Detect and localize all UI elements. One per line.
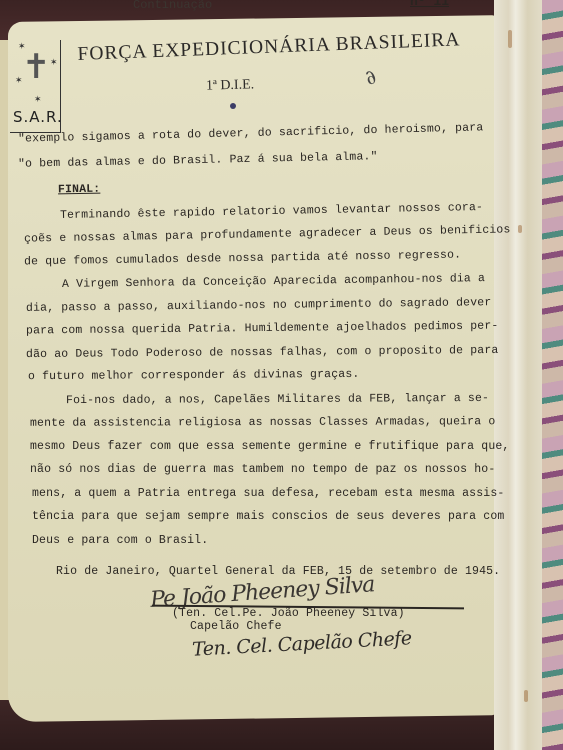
sar-logo: ✝ ✶ ✶ ✶ ✶ S.A.R. — [10, 40, 61, 133]
division-subtitle: 1ª D.I.E. — [206, 77, 255, 94]
handwritten-initial: ∂ — [360, 64, 381, 90]
body-line: dão ao Deus Todo Poderoso de nossas falh… — [26, 344, 499, 361]
final-heading: FINAL: — [58, 183, 101, 197]
signer-title: Capelão Chefe — [190, 620, 282, 633]
body-line: o futuro melhor corresponder ás divinas … — [28, 368, 359, 383]
bullet-dot — [230, 103, 236, 109]
place-date: Rio de Janeiro, Quartel General da FEB, … — [56, 565, 500, 578]
body-line: "exemplo sigamos a rota do dever, do sac… — [18, 121, 484, 145]
body-line: dia, passo a passo, auxiliando-nos no cu… — [26, 296, 491, 315]
body-line: mente da assistencia religiosa as nossas… — [30, 415, 495, 430]
signer-name: (Ten. Cel.Pe. João Pheeney Silva) — [172, 607, 405, 620]
body-line: de que fomos cumulados desde nossa parti… — [24, 249, 461, 269]
cross-icon: ✝ — [22, 50, 51, 84]
body-line: para com nossa querida Patria. Humildeme… — [26, 320, 499, 338]
document-content: Continuação nº 11 ✝ ✶ ✶ ✶ ✶ S.A.R. FORÇA… — [0, 0, 563, 750]
star-icon: ✶ — [18, 42, 26, 52]
body-line: A Virgem Senhora da Conceição Aparecida … — [62, 272, 485, 291]
body-line: tência para que sejam sempre mais consci… — [32, 510, 504, 523]
body-line: mesmo Deus fazer com que essa semente ge… — [30, 440, 509, 453]
star-icon: ✶ — [50, 58, 58, 68]
body-line: Foi-nos dado, a nos, Capelães Militares … — [66, 392, 489, 407]
star-icon: ✶ — [34, 95, 42, 105]
body-line: não só nos dias de guerra mas tambem no … — [30, 463, 495, 476]
page-number: nº 11 — [410, 0, 449, 9]
continuation-label: Continuação — [133, 0, 212, 12]
body-line: mens, a quem a Patria entrega sua defesa… — [32, 487, 504, 500]
body-line: çoẽs e nossas almas para profundamente a… — [24, 223, 511, 245]
body-line: Terminando êste rapido relatorio vamos l… — [60, 201, 483, 222]
body-line: "o bem das almas e do Brasil. Paz á sua … — [18, 150, 378, 171]
logo-text: S.A.R. — [13, 108, 63, 126]
body-line: Deus e para com o Brasil. — [32, 534, 208, 547]
organization-title: FORÇA EXPEDICIONÁRIA BRASILEIRA — [77, 29, 461, 66]
star-icon: ✶ — [15, 76, 23, 86]
